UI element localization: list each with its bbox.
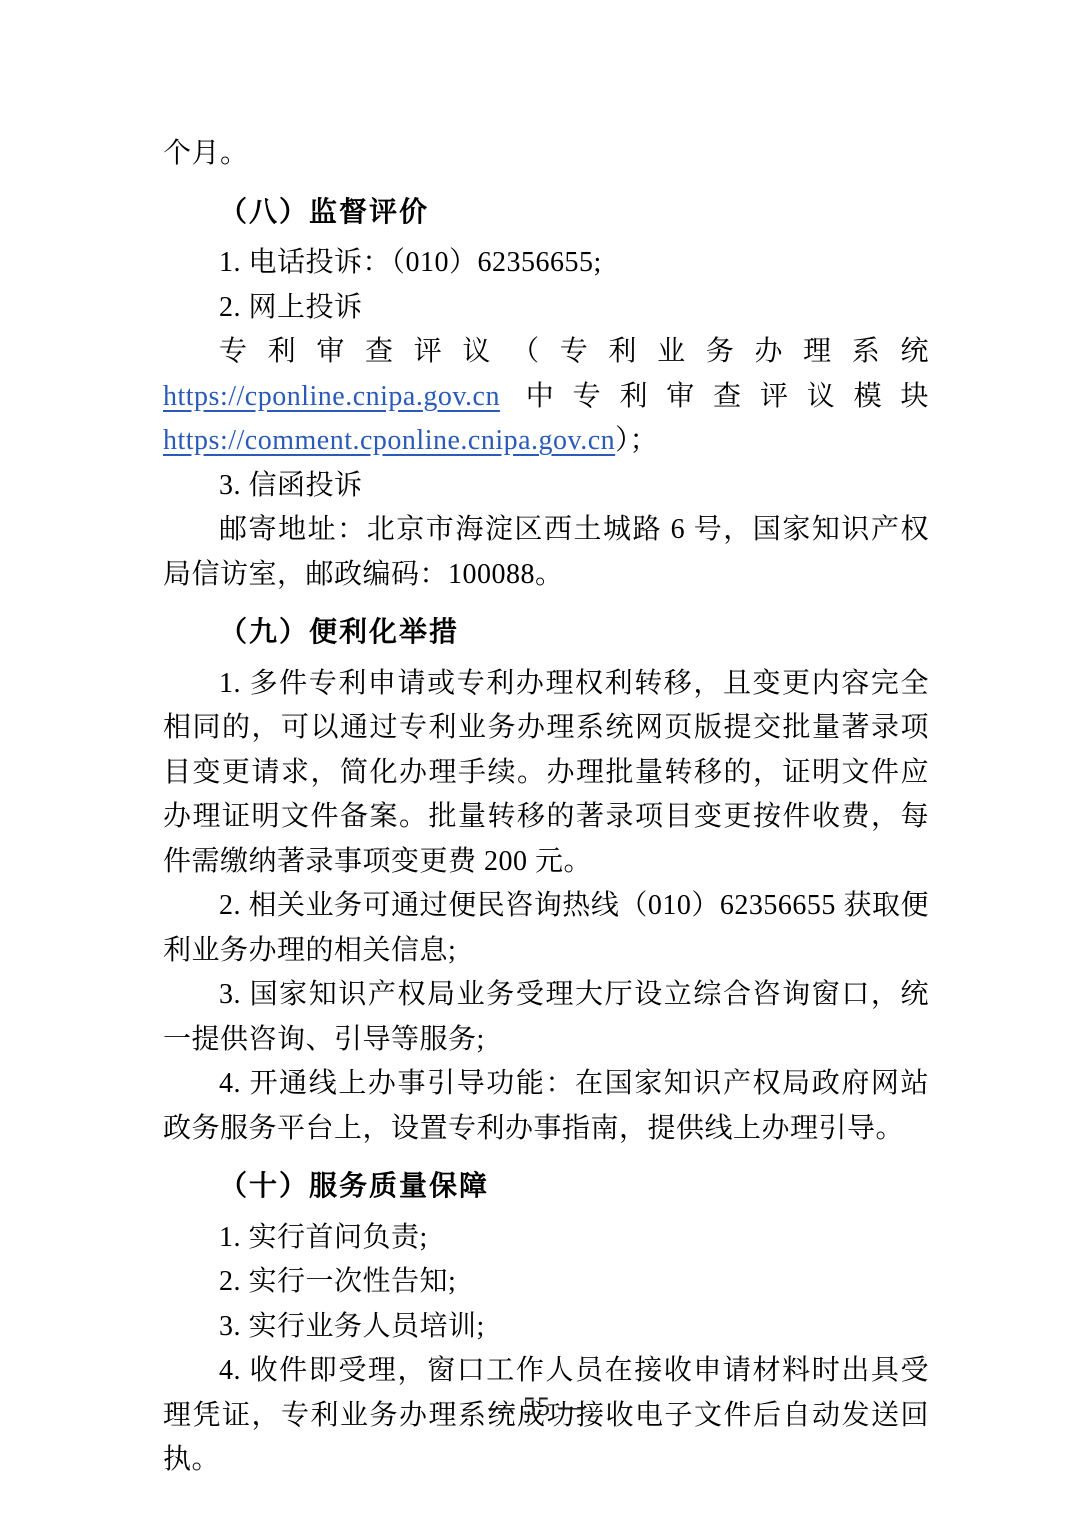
paragraph-continuation: 个月。 [163, 132, 929, 177]
letter-complaint-item: 3. 信函投诉 [163, 464, 929, 509]
mailing-address-paragraph: 邮寄地址：北京市海淀区西土城路 6 号，国家知识产权局信访室，邮政编码：1000… [163, 508, 929, 597]
text-run-between-links: 中专利审查评议模块 [500, 381, 929, 412]
facilitation-item-4: 4. 开通线上办事引导功能：在国家知识产权局政府网站政务服务平台上，设置专利办事… [163, 1062, 929, 1151]
quality-item-1: 1. 实行首问负责; [163, 1216, 929, 1261]
section-10-heading: （十）服务质量保障 [163, 1165, 929, 1210]
online-complaint-detail: 专利审查评议（专利业务办理系统 https://cponline.cnipa.g… [163, 330, 929, 464]
section-9-heading: （九）便利化举措 [163, 611, 929, 656]
cponline-link[interactable]: https://cponline.cnipa.gov.cn [163, 381, 500, 412]
comment-cponline-link[interactable]: https://comment.cponline.cnipa.gov.cn [163, 425, 615, 456]
section-8-heading: （八）监督评价 [163, 191, 929, 236]
quality-item-3: 3. 实行业务人员培训; [163, 1305, 929, 1350]
online-complaint-item: 2. 网上投诉 [163, 286, 929, 331]
document-body: 个月。 （八）监督评价 1. 电话投诉：（010）62356655; 2. 网上… [163, 132, 929, 1483]
text-run-before-link1: 专利审查评议（专利业务办理系统 [219, 336, 929, 367]
text-run-after-link2: ）； [615, 425, 658, 456]
facilitation-item-1: 1. 多件专利申请或专利办理权利转移，且变更内容完全相同的，可以通过专利业务办理… [163, 662, 929, 885]
phone-complaint-item: 1. 电话投诉：（010）62356655; [163, 241, 929, 286]
quality-item-2: 2. 实行一次性告知; [163, 1260, 929, 1305]
page-number: — 55 — [489, 1392, 586, 1421]
facilitation-item-3: 3. 国家知识产权局业务受理大厅设立综合咨询窗口，统一提供咨询、引导等服务; [163, 973, 929, 1062]
document-page: 个月。 （八）监督评价 1. 电话投诉：（010）62356655; 2. 网上… [0, 0, 1074, 1520]
facilitation-item-2: 2. 相关业务可通过便民咨询热线（010）62356655 获取便利业务办理的相… [163, 884, 929, 973]
page-footer: — 55 — [0, 1392, 1074, 1422]
